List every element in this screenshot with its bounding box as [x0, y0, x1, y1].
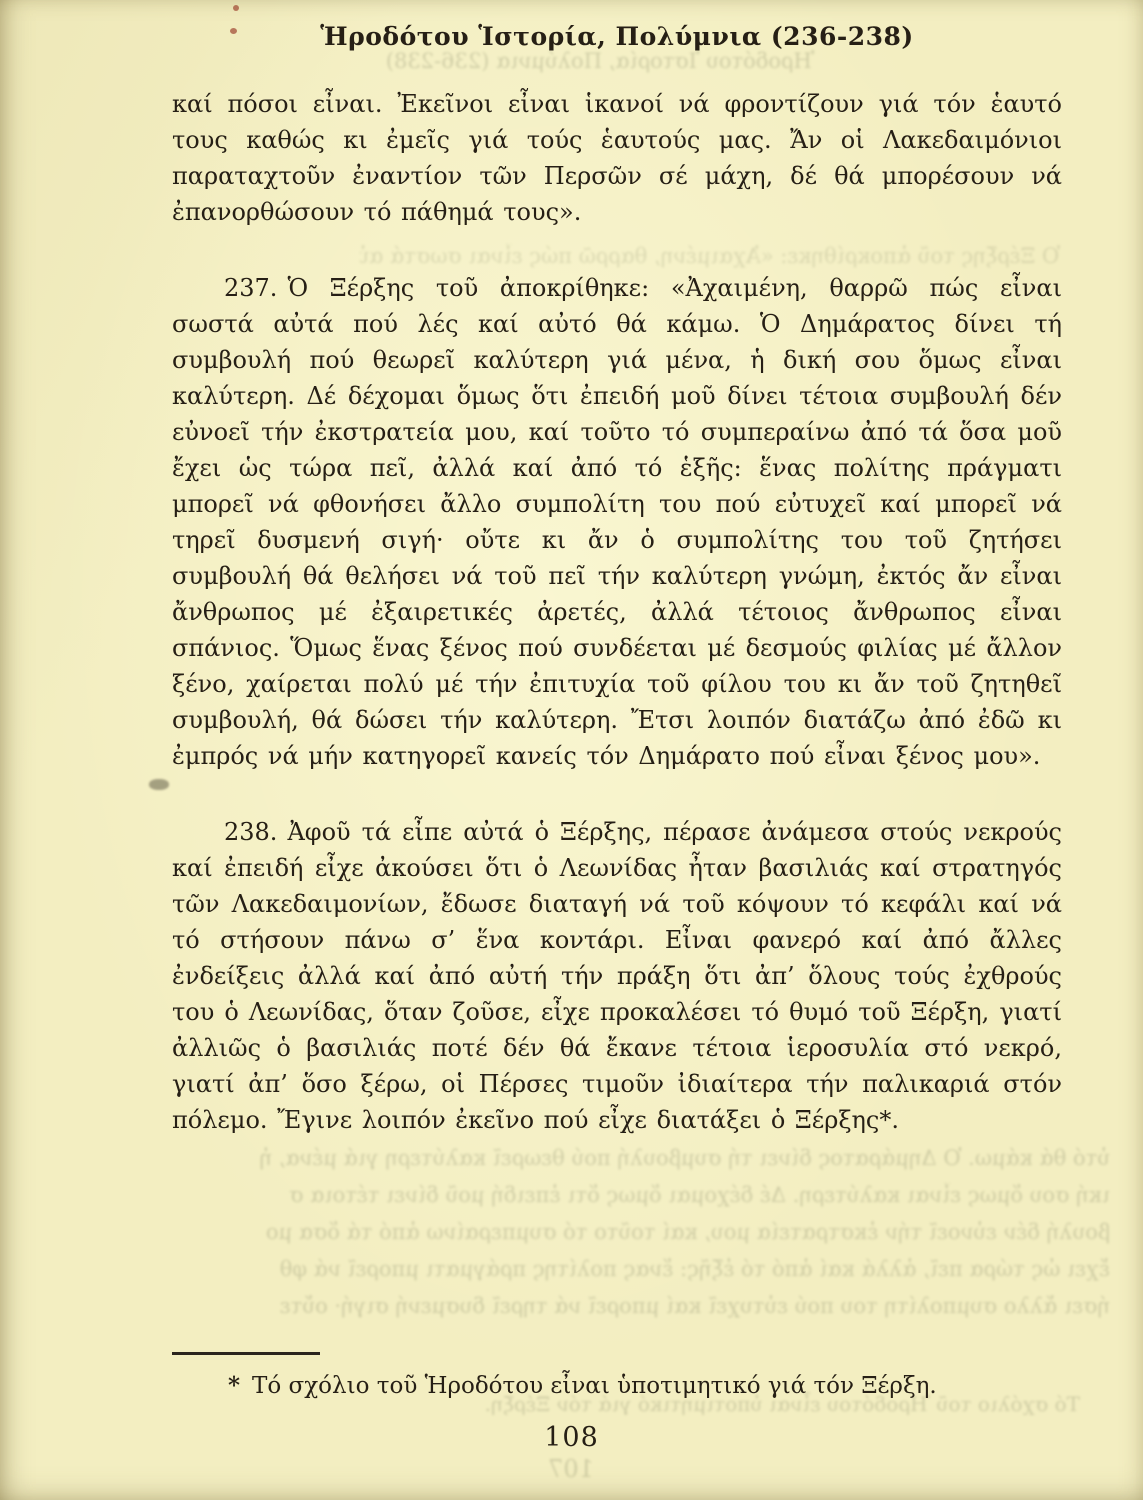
- paragraph-237: 237.Ὁ Ξέρξης τοῦ ἀποκρίθηκε: «Ἀχαιμένη, …: [172, 270, 1062, 774]
- bleedthrough-line: βουλή δέν εὐνοεῖ τήν ἐκστρατεία μου, καί…: [215, 1220, 1110, 1244]
- text-block: καί πόσοι εἶναι. Ἐκεῖνοι εἶναι ἱκανοί νά…: [172, 86, 1062, 1138]
- bleedthrough-page-number: 107: [526, 1455, 616, 1483]
- paragraph-text: Ὁ Ξέρξης τοῦ ἀποκρίθηκε: «Ἀχαιμένη, θαρρ…: [172, 274, 1062, 770]
- page-number: 108: [0, 1422, 1143, 1453]
- bleedthrough-running-head: Ἡροδότου Ἱστορία, Πολύμνια (236-238): [270, 49, 930, 73]
- footnote: *Τό σχόλιο τοῦ Ἡροδότου εἶναι ὑποτιμητικ…: [172, 1370, 1062, 1402]
- ink-speck: [233, 5, 239, 11]
- paragraph-text: Ἀφοῦ τά εἶπε αὐτά ὁ Ξέρξης, πέρασε ἀνάμε…: [172, 818, 1062, 1134]
- ink-speck: [230, 28, 237, 34]
- footnote-separator: [172, 1352, 320, 1355]
- bleedthrough-line: ὐτό θά κάμω. Ὁ Δημάρατος δίνει τή συμβου…: [215, 1146, 1110, 1170]
- paragraph-text: καί πόσοι εἶναι. Ἐκεῖνοι εἶναι ἱκανοί νά…: [172, 90, 1062, 226]
- running-head: Ἡροδότου Ἱστορία, Πολύμνια (236-238): [172, 22, 1062, 51]
- bleedthrough-line: ήσει ἄλλο συμπολίτη του πού εὐτυχεῖ καί …: [215, 1294, 1110, 1318]
- ink-smudge: [149, 779, 169, 790]
- book-page-scan: Ἡροδότου Ἱστορία, Πολύμνια (236-238) Ὁ Ξ…: [0, 0, 1143, 1500]
- bleedthrough-line: ική σου ὅμως εἶναι καλύτερη. Δέ δέχομαι …: [215, 1183, 1110, 1207]
- paragraph-238: 238.Ἀφοῦ τά εἶπε αὐτά ὁ Ξέρξης, πέρασε ἀ…: [172, 814, 1062, 1138]
- section-number: 238.: [224, 818, 287, 846]
- bleedthrough-line: ἔχει ὡς τώρα πεῖ, ἀλλά καί ἀπό τό ἑξῆς: …: [215, 1257, 1110, 1281]
- footnote-text: Τό σχόλιο τοῦ Ἡροδότου εἶναι ὑποτιμητικό…: [252, 1373, 937, 1399]
- paragraph-continuation: καί πόσοι εἶναι. Ἐκεῖνοι εἶναι ἱκανοί νά…: [172, 86, 1062, 230]
- section-number: 237.: [224, 274, 287, 302]
- footnote-marker: *: [228, 1372, 252, 1399]
